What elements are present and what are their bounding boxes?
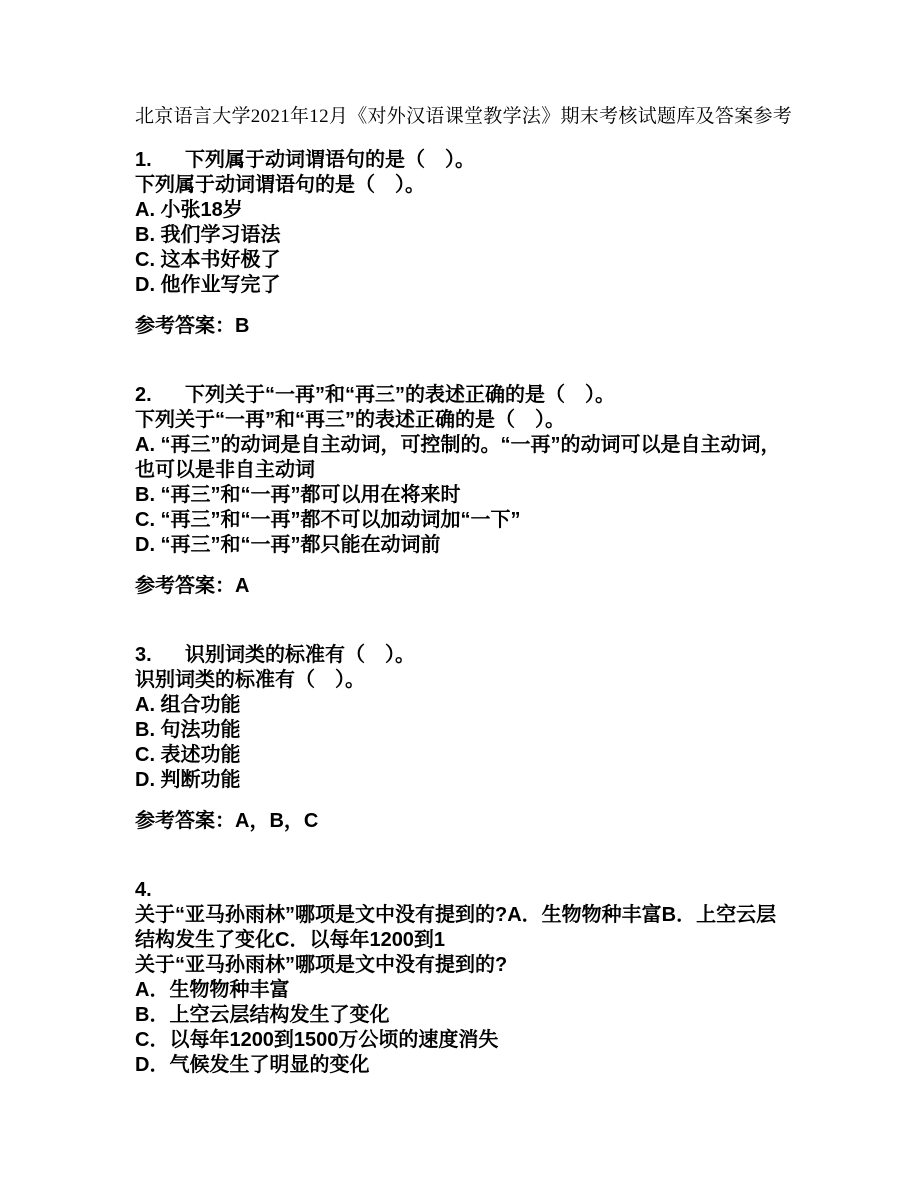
question-preview: 关于“亚马孙雨林”哪项是文中没有提到的?A．生物物种丰富B．上空云层结构发生了变… (135, 903, 790, 953)
option-a: A. 小张18岁 (135, 198, 790, 223)
question-heading: 4. (135, 878, 790, 903)
option-a: A. 组合功能 (135, 693, 790, 718)
option-b: B. 我们学习语法 (135, 223, 790, 248)
question-stem: 下列属于动词谓语句的是（ ）。 (185, 149, 475, 171)
option-d: D. “再三”和“一再”都只能在动词前 (135, 533, 790, 558)
option-a: A. “再三”的动词是自主动词，可控制的。“一再”的动词可以是自主动词，也可以是… (135, 433, 790, 483)
answer-value: A (235, 575, 249, 597)
question-number: 3. (135, 643, 185, 668)
answer-line: 参考答案：B (135, 314, 790, 339)
question-stem: 识别词类的标准有（ ）。 (185, 644, 415, 666)
option-c: C．以每年1200到1500万公顷的速度消失 (135, 1028, 790, 1053)
question-2: 2.下列关于“一再”和“再三”的表述正确的是（ ）。 下列关于“一再”和“再三”… (135, 383, 790, 599)
answer-label: 参考答案： (135, 575, 235, 597)
document-title: 北京语言大学2021年12月《对外汉语课堂教学法》期末考核试题库及答案参考 (135, 104, 790, 129)
answer-line: 参考答案：A，B，C (135, 809, 790, 834)
answer-label: 参考答案： (135, 315, 235, 337)
question-heading: 3.识别词类的标准有（ ）。 (135, 643, 790, 668)
question-stem-repeat: 下列关于“一再”和“再三”的表述正确的是（ ）。 (135, 408, 790, 433)
option-c: C. 这本书好极了 (135, 248, 790, 273)
option-d: D. 他作业写完了 (135, 273, 790, 298)
answer-value: A，B，C (235, 810, 318, 832)
question-4: 4. 关于“亚马孙雨林”哪项是文中没有提到的?A．生物物种丰富B．上空云层结构发… (135, 878, 790, 1078)
option-a: A．生物物种丰富 (135, 978, 790, 1003)
question-number: 1. (135, 148, 185, 173)
option-c: C. “再三”和“一再”都不可以加动词加“一下” (135, 508, 790, 533)
option-d: D. 判断功能 (135, 768, 790, 793)
question-stem-repeat: 关于“亚马孙雨林”哪项是文中没有提到的? (135, 953, 790, 978)
option-c: C. 表述功能 (135, 743, 790, 768)
option-b: B. 句法功能 (135, 718, 790, 743)
question-stem-repeat: 识别词类的标准有（ ）。 (135, 668, 790, 693)
question-stem-repeat: 下列属于动词谓语句的是（ ）。 (135, 173, 790, 198)
question-heading: 2.下列关于“一再”和“再三”的表述正确的是（ ）。 (135, 383, 790, 408)
answer-line: 参考答案：A (135, 574, 790, 599)
answer-label: 参考答案： (135, 810, 235, 832)
document-page: 北京语言大学2021年12月《对外汉语课堂教学法》期末考核试题库及答案参考 1.… (0, 0, 920, 1191)
question-heading: 1.下列属于动词谓语句的是（ ）。 (135, 148, 790, 173)
question-1: 1.下列属于动词谓语句的是（ ）。 下列属于动词谓语句的是（ ）。 A. 小张1… (135, 148, 790, 339)
option-b: B．上空云层结构发生了变化 (135, 1003, 790, 1028)
question-3: 3.识别词类的标准有（ ）。 识别词类的标准有（ ）。 A. 组合功能 B. 句… (135, 643, 790, 834)
option-b: B. “再三”和“一再”都可以用在将来时 (135, 483, 790, 508)
question-stem: 下列关于“一再”和“再三”的表述正确的是（ ）。 (185, 384, 615, 406)
question-number: 4. (135, 878, 185, 903)
question-number: 2. (135, 383, 185, 408)
answer-value: B (235, 315, 249, 337)
option-d: D．气候发生了明显的变化 (135, 1053, 790, 1078)
